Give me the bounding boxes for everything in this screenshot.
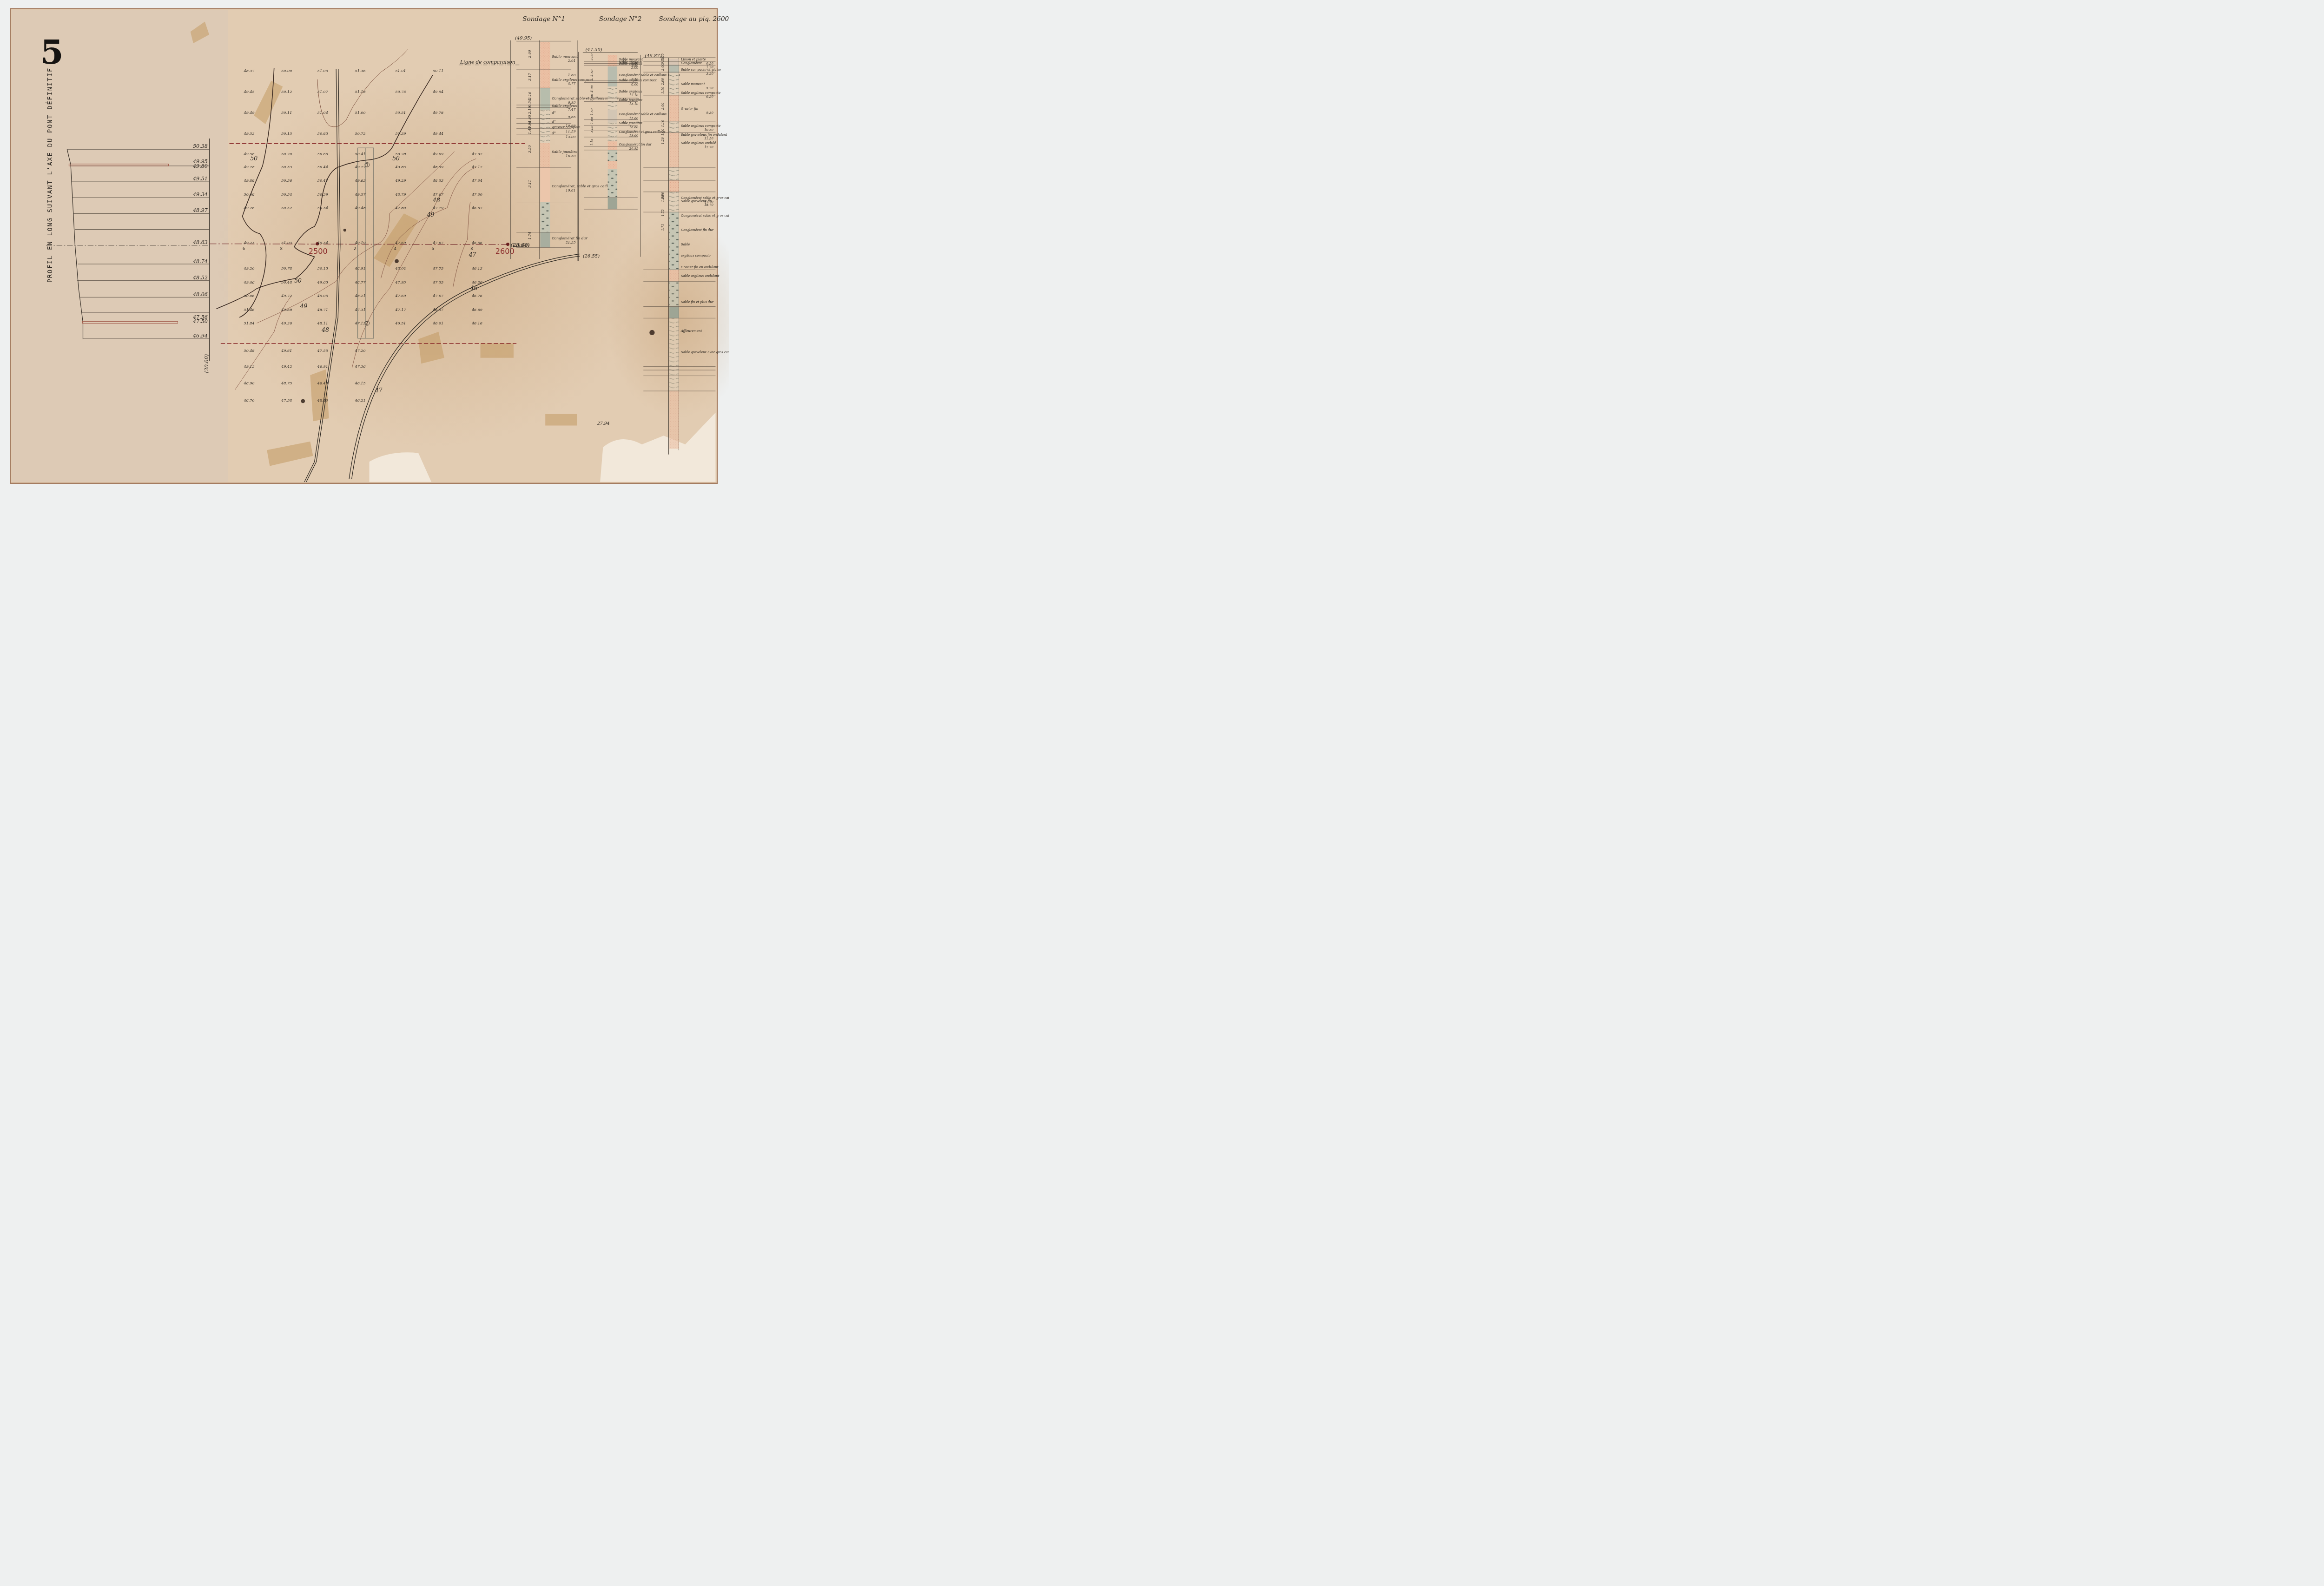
spot-height: 46.16 [471, 321, 482, 325]
spot-height: 49.72 [281, 294, 292, 298]
spot-height: 46.26 [471, 280, 482, 284]
spot-height: 49.09 [432, 152, 443, 156]
spot-height: 46.13 [471, 266, 482, 271]
spot-height: 48.04 [395, 266, 406, 271]
layer-depth: 1.60 [568, 73, 576, 77]
spot-height: 49.63 [317, 280, 328, 284]
spot-height: 49.48 [355, 206, 366, 210]
spot-height: 50.83 [317, 132, 328, 136]
svg-text:48.63: 48.63 [192, 239, 208, 245]
layer-label: Gravier fin en ondulant [681, 265, 719, 269]
layer-label: gravier conglom. [552, 125, 581, 129]
sounding-1-top: (49.95) [515, 36, 532, 41]
spot-height: 51.18 [355, 90, 366, 94]
spot-height: 50.34 [317, 206, 328, 210]
layer-depth: 19.60 [629, 134, 639, 138]
layer-label: Sable argileux [552, 104, 577, 108]
spot-height: 50.41 [355, 152, 366, 156]
spot-height: 51.04 [317, 111, 328, 115]
spot-height: 47.67 [432, 192, 444, 197]
spot-height: 48.91 [355, 266, 366, 271]
spot-height: 50.72 [355, 132, 366, 136]
spot-height: 46.21 [355, 398, 366, 403]
spot-height: 49.68 [281, 308, 292, 312]
spot-height: 48.10 [317, 398, 328, 403]
spot-height: 50.76 [395, 90, 406, 94]
svg-text:47: 47 [469, 251, 476, 258]
layer-label: Conglomérat, sable et gros cailloux [552, 184, 614, 188]
spot-height: 50.48 [244, 349, 255, 353]
layer-label: Sable mouvant [681, 82, 705, 86]
spot-height: 46.48 [317, 381, 328, 385]
layer-depth: 2.01 [568, 59, 576, 63]
spot-height: 49.23 [244, 241, 255, 245]
layer-label: Sable argileux ondulé [681, 141, 716, 145]
layer-label: d° [552, 119, 556, 124]
layer-depth: 18.70 [704, 203, 713, 207]
spot-height: 46.76 [471, 294, 482, 298]
svg-text:48.52: 48.52 [192, 275, 208, 281]
svg-text:48.74: 48.74 [192, 258, 208, 264]
spot-height: 48.11 [317, 321, 328, 325]
layer-depth: 10.50 [704, 128, 713, 132]
spot-height: 50.39 [395, 132, 406, 136]
layer-depth: 12.70 [704, 145, 713, 149]
layer-label: Conglomérat [681, 61, 702, 65]
layer-depth: 15.60 [629, 117, 639, 120]
sounding-2-top: (47.50) [585, 47, 602, 53]
spot-height: 49.46 [244, 280, 255, 284]
profile-bottom-label: (20.00) [204, 354, 210, 373]
spot-height: 46.67 [471, 206, 483, 210]
spot-height: 51.36 [355, 69, 366, 73]
reference-line-label: Ligne de comparaison [460, 59, 515, 65]
spot-height: 50.78 [281, 266, 292, 271]
spot-height: 47.20 [355, 349, 366, 353]
station-2600-label: 2600 [495, 247, 515, 256]
spot-height: 49.19 [355, 241, 366, 245]
layer-label: argileux compacte [681, 254, 711, 258]
layer-label: Sable fin et plus dur [681, 300, 714, 304]
layer-label: Sable compacte et glaise [681, 68, 721, 72]
svg-text:48.06: 48.06 [192, 291, 208, 297]
spot-height: 49.42 [281, 364, 292, 369]
svg-text:49: 49 [427, 211, 435, 218]
spot-height: 49.56 [244, 152, 255, 156]
layer-label: Sable argileux compact [619, 79, 657, 82]
spot-height: 49.13 [244, 364, 255, 369]
spot-height: 50.06 [244, 294, 255, 298]
svg-text:49.80: 49.80 [192, 163, 208, 169]
spot-height: 48.79 [395, 192, 406, 197]
spot-height: 51.09 [317, 69, 328, 73]
layer-thickness: 2.16 [528, 92, 532, 100]
svg-text:49: 49 [300, 303, 308, 310]
svg-text:46: 46 [470, 284, 478, 291]
spot-height: 50.00 [281, 69, 292, 73]
spot-height: 51.46 [244, 308, 255, 312]
layer-label: Conglomérat sable et cailloux [619, 112, 667, 116]
spot-height: 49.63 [355, 178, 366, 183]
layer-depth: 13.10 [629, 102, 639, 106]
layer-label: Sable [681, 243, 690, 246]
spot-height: 51.01 [395, 69, 406, 73]
layer-thickness: 1.41 [528, 126, 532, 134]
layer-thickness: 3.50 [528, 145, 532, 153]
sounding-marker-1-label: 1 [366, 163, 369, 168]
spot-height: 47.31 [355, 308, 366, 312]
sounding-2-bottom: (26.55) [583, 254, 600, 259]
spot-height: 49.78 [244, 165, 255, 169]
layer-depth: 9.66 [568, 115, 576, 119]
layer-depth: 5.20 [706, 86, 714, 90]
spot-height: 49.77 [355, 165, 366, 169]
layer-thickness: 1.00 [590, 117, 594, 124]
spot-height: 47.17 [395, 308, 406, 312]
spot-height: 50.47 [317, 178, 329, 183]
layer-label: Sable mouvant [552, 54, 578, 59]
spot-height: 47.36 [355, 364, 366, 369]
svg-text:50.38: 50.38 [193, 143, 208, 149]
layer-thickness: 1.10 [661, 86, 665, 94]
layer-thickness: 1.15 [590, 139, 594, 145]
layer-thickness: 0.54 [528, 99, 532, 107]
layer-depth: 16.60 [629, 126, 639, 129]
layer-depth: 16.50 [566, 154, 576, 158]
svg-text:49.34: 49.34 [192, 192, 208, 198]
layer-thickness: 1.00 [590, 93, 594, 101]
spot-height: 49.34 [317, 241, 328, 245]
spot-height: 47.69 [395, 294, 406, 298]
profile-title: PROFIL EN LONG SUIVANT L'AXE DU PONT DÉF… [46, 67, 54, 283]
spot-height: 49.94 [432, 90, 443, 94]
layer-depth: 3.00 [631, 66, 639, 70]
layer-depth: 20.95 [629, 147, 639, 151]
svg-text:50: 50 [294, 277, 302, 284]
layer-label: Conglomérat fin dur [619, 143, 652, 146]
spot-height: 47.79 [432, 206, 443, 210]
spot-height: 49.61 [281, 349, 292, 353]
spot-height: 50.51 [395, 111, 406, 115]
layer-label: Conglomérat fin dur [681, 228, 714, 232]
spot-height: 46.51 [395, 321, 406, 325]
layer-thickness: 1.50 [590, 108, 594, 115]
svg-text:2: 2 [354, 247, 356, 251]
svg-text:6: 6 [432, 247, 434, 251]
spot-height: 46.01 [432, 321, 443, 325]
sounding-2-title: Sondage N°2 [599, 15, 642, 23]
spot-height: 46.56 [471, 241, 482, 245]
layer-label: Sable argileux compact [552, 78, 593, 82]
layer-thickness: 4.50 [590, 69, 594, 77]
layer-label: Sable argileux [619, 62, 642, 66]
layer-label: d° [552, 131, 556, 135]
spot-height: 50.28 [395, 152, 406, 156]
spot-height: 50.11 [281, 111, 292, 115]
layer-depth: 4.77 [568, 82, 576, 86]
layer-label: Sable graveleux fin [681, 199, 712, 203]
svg-text:8: 8 [280, 247, 283, 251]
layer-thickness: 1.74 [528, 231, 532, 239]
spot-height: 49.20 [244, 266, 255, 271]
spot-height: 48.90 [244, 381, 255, 385]
layer-label: Conglomérat et gros cailloux [619, 130, 665, 134]
svg-text:48: 48 [432, 197, 440, 204]
spot-height: 47.13 [355, 321, 366, 325]
spot-height: 49.05 [317, 294, 328, 298]
spot-height: 46.57 [432, 308, 444, 312]
sounding-3-top: (46.87) [645, 53, 661, 59]
svg-text:48.97: 48.97 [192, 207, 208, 213]
svg-text:46.94: 46.94 [192, 333, 208, 339]
layer-thickness: 1.10 [661, 119, 665, 127]
framed-drawing: 5 PROFIL EN LONG SUIVANT L'AXE DU PONT D… [0, 0, 729, 492]
svg-text:49.51: 49.51 [192, 176, 208, 182]
layer-depth: 12.10 [629, 93, 639, 97]
spot-height: 49.49 [244, 111, 255, 115]
station-2600-marker [506, 243, 509, 246]
layer-thickness: 1.00 [661, 128, 665, 136]
layer-label: Gravier fin [681, 107, 698, 111]
spot-height: 47.80 [395, 206, 406, 210]
layer-depth: 21.35 [565, 240, 576, 245]
sounding-1-title: Sondage N°1 [522, 15, 565, 23]
layer-label: Sable argileux compacte [681, 124, 720, 128]
layer-label: Sable argileux compacte [681, 91, 720, 95]
spot-height: 47.55 [317, 349, 328, 353]
svg-text:48: 48 [321, 326, 329, 333]
spot-height: 47.69 [395, 241, 406, 245]
spot-height: 50.13 [317, 266, 328, 271]
layer-thickness: 1.00 [661, 195, 665, 202]
svg-text:47: 47 [375, 387, 383, 394]
layer-label: Sable graveleux avec gros cailloux [681, 350, 729, 354]
layer-depth: 9.30 [706, 111, 714, 115]
spot-height: 50.08 [244, 192, 255, 197]
layer-label: Sable jaunâtre [552, 150, 578, 154]
layer-thickness: 1.75 [661, 209, 665, 216]
layer-depth: 19.61 [566, 188, 575, 192]
layer-thickness: 3.00 [661, 102, 665, 110]
spot-height: 47.00 [471, 192, 482, 197]
sounding-marker-2-label: 2 [366, 321, 369, 326]
spot-height: 46.15 [355, 381, 366, 385]
layer-thickness: 3.17 [528, 73, 532, 81]
spot-height: 46.91 [317, 364, 328, 369]
spot-height: 50.33 [281, 165, 292, 169]
spot-height: 48.53 [432, 178, 443, 183]
layer-label: Sable argileux ondulant [681, 274, 720, 278]
layer-label: Conglomérat sable et gros cailloux [681, 214, 729, 218]
layer-label: d° [552, 111, 556, 115]
spot-height: 49.26 [281, 321, 292, 325]
layer-thickness: 1.20 [661, 137, 665, 145]
layer-thickness: 3.11 [528, 180, 532, 188]
spot-height: 50.48 [281, 280, 292, 284]
layer-thickness: 1.71 [661, 224, 665, 231]
layer-label: Sable graveleux fin ondulant [681, 133, 727, 137]
spot-height: 49.83 [395, 165, 406, 169]
spot-height: 49.57 [355, 192, 366, 197]
survey-sheet: 5 PROFIL EN LONG SUIVANT L'AXE DU PONT D… [0, 0, 729, 492]
sheet-number: 5 [40, 33, 64, 72]
layer-depth: 3.20 [706, 72, 714, 76]
spot-height: 50.56 [281, 178, 292, 183]
spot-height: 48.37 [244, 69, 255, 73]
margin-note: 27.94 [597, 421, 610, 426]
layer-label: Sable jaunâtre [619, 98, 642, 102]
spot-height: 50.44 [317, 165, 328, 169]
spot-height: 49.53 [244, 132, 255, 136]
spot-height: 50.60 [317, 152, 328, 156]
sounding-titles: Sondage N°1 Sondage N°2 Sondage au piq. … [522, 15, 729, 23]
sounding-3-title: Sondage au piq. 2600 [659, 15, 729, 23]
layer-thickness: 2.00 [661, 63, 665, 71]
spot-height: 50.54 [281, 192, 292, 197]
spot-height: 49.88 [244, 178, 255, 183]
spot-height: 49.29 [395, 178, 406, 183]
layer-thickness: 4.00 [590, 85, 594, 93]
layer-depth: 13.00 [566, 135, 576, 139]
layer-thickness: 2.00 [528, 50, 532, 58]
layer-label: Affleurement [680, 329, 702, 333]
svg-text:47.50: 47.50 [192, 318, 208, 324]
spot-height: 50.52 [281, 206, 292, 210]
spot-height: 47.07 [432, 294, 444, 298]
layer-depth: 7.47 [568, 107, 576, 112]
layer-label: Limon et plaste [680, 58, 706, 61]
spot-height: 49.26 [244, 206, 255, 210]
layer-depth: 6.30 [706, 95, 714, 99]
layer-thickness: 0.70 [661, 57, 665, 64]
spot-height: 48.59 [432, 165, 443, 169]
spot-height: 48.70 [244, 398, 255, 403]
layer-depth: 11.59 [566, 129, 576, 133]
layer-label: Sable argileux [619, 90, 642, 93]
layer-label: Sable jaunâtre [619, 121, 642, 125]
spot-height: 50.15 [281, 132, 292, 136]
layer-depth: 8.00 [631, 83, 639, 86]
layer-label: Conglomérat fin dur [552, 236, 588, 240]
svg-text:6: 6 [243, 247, 245, 251]
spot-height: 47.95 [395, 280, 406, 284]
station-2500-label: 2500 [309, 247, 328, 256]
spot-height: 47.75 [432, 266, 443, 271]
spot-height: 51.84 [244, 321, 255, 325]
spot-height: 50.11 [433, 69, 443, 73]
spot-height: 48.21 [355, 294, 366, 298]
spot-height: 49.44 [432, 132, 443, 136]
svg-text:8: 8 [470, 247, 473, 251]
layer-thickness: 2.19 [528, 106, 532, 114]
spot-height: 48.77 [355, 280, 366, 284]
spot-height: 47.12 [471, 165, 482, 169]
spot-height: 51.00 [355, 111, 366, 115]
spot-height: 47.04 [471, 178, 482, 183]
spot-height: 47.92 [471, 152, 482, 156]
spot-height: 47.55 [432, 280, 443, 284]
spot-height: 50.20 [281, 152, 292, 156]
layer-thickness: 3.00 [590, 126, 594, 133]
spot-height: 51.03 [281, 241, 292, 245]
spot-height: 48.75 [281, 381, 292, 385]
spot-height: 47.58 [281, 398, 292, 403]
spot-height: 46.69 [471, 308, 482, 312]
spot-height: 50.39 [317, 192, 328, 197]
layer-depth: 0.50 [706, 62, 714, 66]
layer-depth: 11.50 [704, 137, 713, 140]
spot-height: 48.71 [317, 308, 328, 312]
layer-thickness: 2.00 [661, 78, 665, 86]
spot-height: 50.12 [281, 90, 292, 94]
spot-height: 51.07 [317, 90, 329, 94]
spot-height: 47.67 [432, 241, 444, 245]
spot-height: 49.78 [432, 111, 443, 115]
sounding-1-bottom: (28.60) [513, 243, 529, 248]
layer-thickness: 2.00 [590, 53, 594, 61]
spot-height: 49.45 [244, 90, 255, 94]
svg-text:4: 4 [394, 247, 396, 251]
